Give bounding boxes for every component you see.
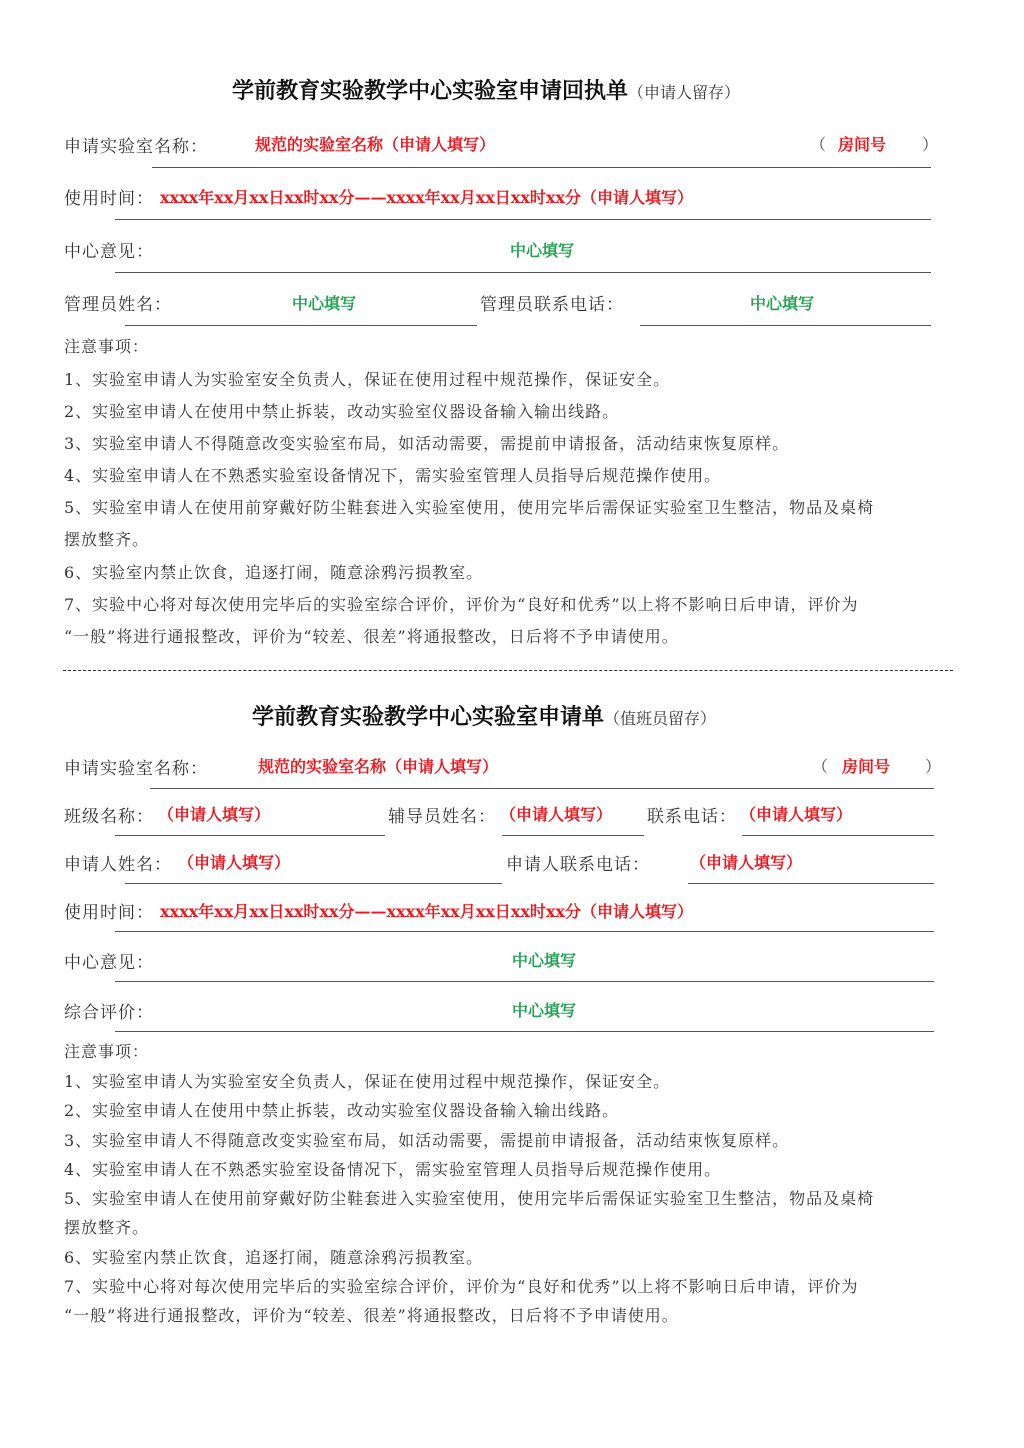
applicant-phone-underline	[688, 883, 934, 884]
receipt-room-close: ）	[922, 132, 938, 155]
counselor-name-underline	[502, 835, 644, 836]
note-item: 3、实验室申请人不得随意改变实验室布局，如活动需要，需提前申请报备，活动结束恢复…	[64, 431, 789, 454]
applicant-name-underline	[125, 883, 502, 884]
application-room-open: （	[812, 754, 828, 777]
counselor-name-value[interactable]: （申请人填写）	[500, 802, 612, 825]
receipt-room-open: （	[810, 132, 826, 155]
application-lab-name-label: 申请实验室名称：	[64, 754, 208, 779]
counselor-name-label: 辅导员姓名：	[388, 802, 496, 827]
contact-phone-underline	[742, 835, 934, 836]
note-item: 2、实验室申请人在使用中禁止拆装，改动实验室仪器设备输入输出线路。	[64, 1098, 619, 1121]
note-item: 摆放整齐。	[64, 527, 149, 550]
applicant-phone-value[interactable]: （申请人填写）	[690, 850, 802, 873]
receipt-admin-name-label: 管理员姓名：	[64, 290, 172, 315]
application-opinion-underline	[115, 981, 934, 982]
receipt-opinion-value[interactable]: 中心填写	[510, 238, 574, 261]
application-lab-name-underline	[150, 788, 934, 789]
application-room-close: ）	[925, 754, 941, 777]
class-name-underline	[115, 835, 385, 836]
application-title: 学前教育实验教学中心实验室申请单（值班员留存）	[252, 700, 716, 731]
receipt-title-note: （申请人留存）	[628, 83, 740, 102]
application-time-underline	[115, 931, 934, 932]
note-item: 6、实验室内禁止饮食，追逐打闹，随意涂鸦污损教室。	[64, 1245, 483, 1268]
receipt-lab-name-value[interactable]: 规范的实验室名称（申请人填写）	[255, 132, 495, 155]
application-title-text: 学前教育实验教学中心实验室申请单	[252, 705, 604, 730]
receipt-room-value[interactable]: 房间号	[838, 132, 886, 155]
receipt-time-value[interactable]: xxxx年xx月xx日xx时xx分——xxxx年xx月xx日xx时xx分（申请人…	[160, 185, 693, 208]
note-item: 4、实验室申请人在不熟悉实验室设备情况下，需实验室管理人员指导后规范操作使用。	[64, 1157, 721, 1180]
application-opinion-label: 中心意见：	[64, 948, 154, 973]
applicant-name-label: 申请人姓名：	[64, 850, 172, 875]
receipt-title-text: 学前教育实验教学中心实验室申请回执单	[232, 79, 628, 104]
receipt-notes-title: 注意事项：	[64, 334, 149, 357]
note-item: “一般”将进行通报整改，评价为“较差、很差”将通报整改，日后将不予申请使用。	[64, 1303, 679, 1326]
applicant-phone-label: 申请人联系电话：	[506, 850, 650, 875]
receipt-lab-name-underline	[152, 167, 931, 168]
receipt-title: 学前教育实验教学中心实验室申请回执单（申请人留存）	[232, 74, 740, 105]
note-item: 6、实验室内禁止饮食，追逐打闹，随意涂鸦污损教室。	[64, 560, 483, 583]
receipt-admin-phone-label: 管理员联系电话：	[480, 290, 624, 315]
evaluation-underline	[115, 1031, 934, 1032]
application-room-value[interactable]: 房间号	[842, 754, 890, 777]
receipt-admin-phone-underline	[640, 325, 931, 326]
cut-line-divider	[63, 670, 953, 671]
note-item: 3、实验室申请人不得随意改变实验室布局，如活动需要，需提前申请报备，活动结束恢复…	[64, 1128, 789, 1151]
note-item: 7、实验中心将对每次使用完毕后的实验室综合评价，评价为“良好和优秀”以上将不影响…	[64, 1274, 859, 1297]
receipt-time-label: 使用时间：	[64, 184, 154, 209]
note-item: 2、实验室申请人在使用中禁止拆装，改动实验室仪器设备输入输出线路。	[64, 399, 619, 422]
class-name-value[interactable]: （申请人填写）	[158, 802, 270, 825]
applicant-name-value[interactable]: （申请人填写）	[178, 850, 290, 873]
contact-phone-value[interactable]: （申请人填写）	[740, 802, 852, 825]
note-item: “一般”将进行通报整改，评价为“较差、很差”将通报整改，日后将不予申请使用。	[64, 624, 679, 647]
application-time-value[interactable]: xxxx年xx月xx日xx时xx分——xxxx年xx月xx日xx时xx分（申请人…	[160, 899, 693, 922]
class-name-label: 班级名称：	[64, 802, 154, 827]
receipt-admin-name-value[interactable]: 中心填写	[292, 291, 356, 314]
receipt-lab-name-label: 申请实验室名称：	[64, 132, 208, 157]
receipt-time-underline	[115, 219, 931, 220]
application-time-label: 使用时间：	[64, 898, 154, 923]
application-opinion-value[interactable]: 中心填写	[512, 948, 576, 971]
application-notes-title: 注意事项：	[64, 1039, 149, 1062]
receipt-admin-name-underline	[125, 325, 477, 326]
note-item: 摆放整齐。	[64, 1215, 149, 1238]
contact-phone-label: 联系电话：	[647, 802, 737, 827]
application-title-note: （值班员留存）	[604, 709, 716, 728]
evaluation-label: 综合评价：	[64, 998, 154, 1023]
note-item: 5、实验室申请人在使用前穿戴好防尘鞋套进入实验室使用，使用完毕后需保证实验室卫生…	[64, 1186, 874, 1209]
note-item: 5、实验室申请人在使用前穿戴好防尘鞋套进入实验室使用，使用完毕后需保证实验室卫生…	[64, 495, 874, 518]
evaluation-value[interactable]: 中心填写	[512, 998, 576, 1021]
receipt-opinion-underline	[115, 272, 931, 273]
note-item: 7、实验中心将对每次使用完毕后的实验室综合评价，评价为“良好和优秀”以上将不影响…	[64, 592, 859, 615]
receipt-admin-phone-value[interactable]: 中心填写	[750, 291, 814, 314]
note-item: 1、实验室申请人为实验室安全负责人，保证在使用过程中规范操作，保证安全。	[64, 1069, 670, 1092]
note-item: 1、实验室申请人为实验室安全负责人，保证在使用过程中规范操作，保证安全。	[64, 367, 670, 390]
receipt-opinion-label: 中心意见：	[64, 237, 154, 262]
application-lab-name-value[interactable]: 规范的实验室名称（申请人填写）	[258, 754, 498, 777]
note-item: 4、实验室申请人在不熟悉实验室设备情况下，需实验室管理人员指导后规范操作使用。	[64, 463, 721, 486]
